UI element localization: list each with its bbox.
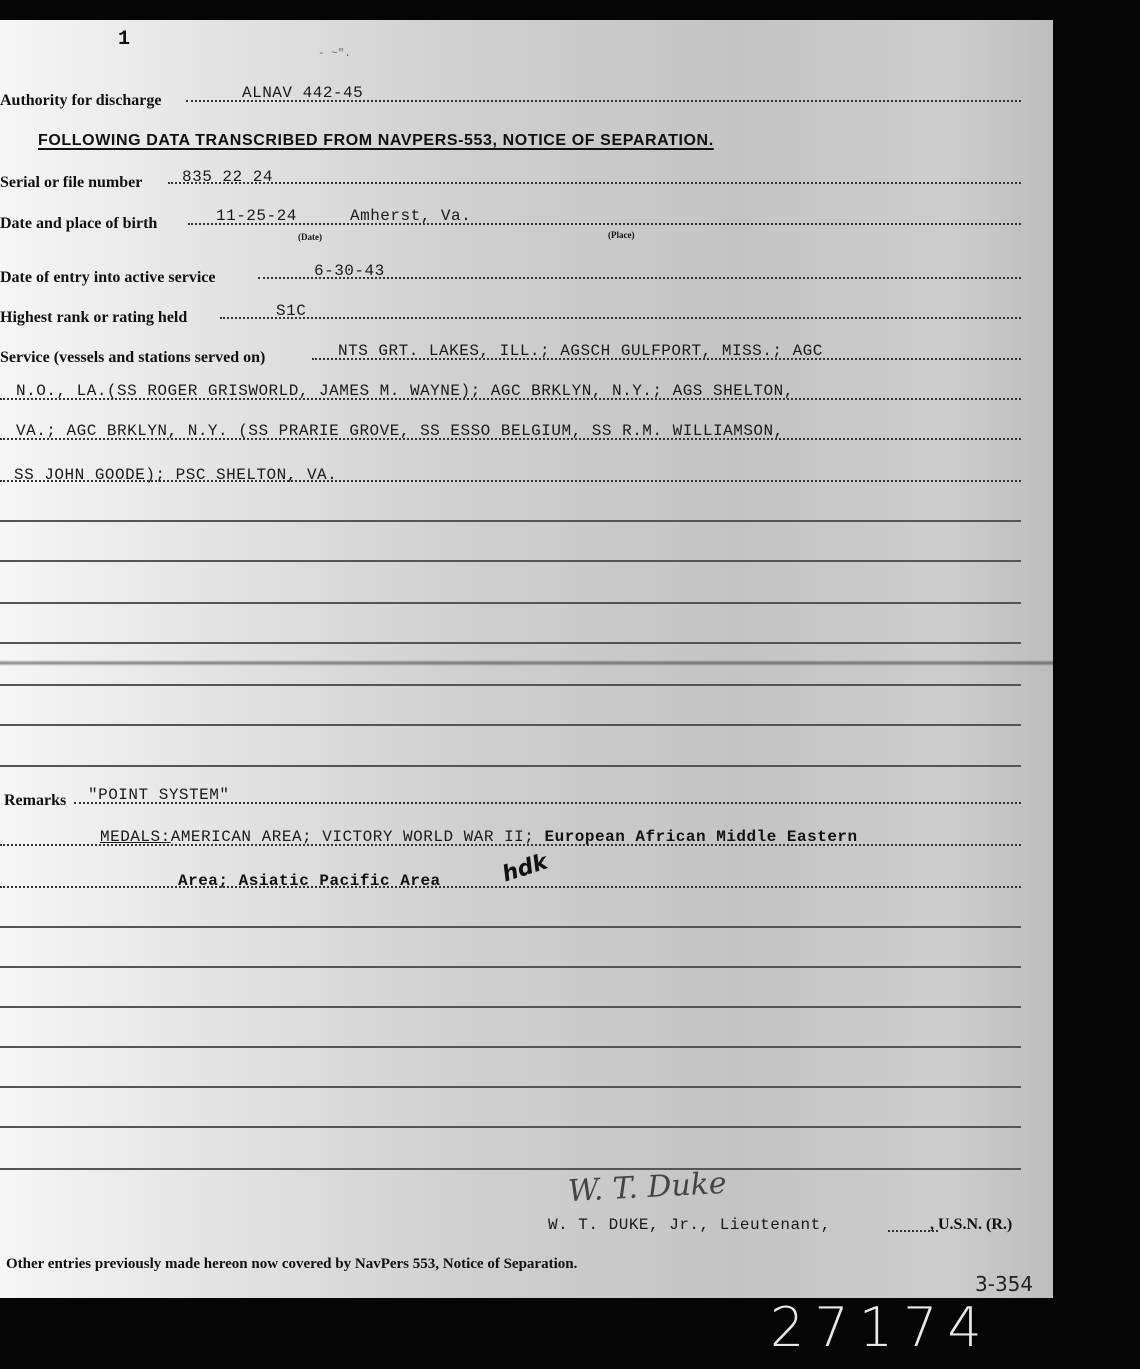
serial-value: 835 22 24	[182, 168, 273, 186]
discharge-document: 1 - ~". Authority for discharge ALNAV 44…	[0, 20, 1053, 1298]
blank-rule	[0, 520, 1021, 522]
page-title: FOLLOWING DATA TRANSCRIBED FROM NAVPERS-…	[38, 132, 714, 150]
remarks-line-3: Area; Asiatic Pacific Area	[178, 872, 441, 890]
authority-value: ALNAV 442-45	[242, 84, 363, 102]
footer-note: Other entries previously made hereon now…	[6, 1256, 577, 1273]
signature-suffix: , U.S.N. (R.)	[930, 1216, 1012, 1234]
remarks-line-1: "POINT SYSTEM"	[88, 786, 229, 804]
rank-label: Highest rank or rating held	[0, 309, 187, 327]
paper-crease	[0, 660, 1053, 666]
blank-rule	[0, 765, 1021, 767]
blank-rule	[0, 1168, 1021, 1170]
service-line-1: NTS GRT. LAKES, ILL.; AGSCH GULFPORT, MI…	[338, 342, 823, 360]
page-number: 1	[118, 28, 130, 51]
file-code: 3-354	[975, 1272, 1033, 1296]
remarks-medals: MEDALS:AMERICAN AREA; VICTORY WORLD WAR …	[100, 828, 858, 846]
blank-rule	[0, 1006, 1021, 1008]
birth-date-caption: (Date)	[298, 232, 322, 242]
blank-rule	[0, 642, 1021, 644]
blank-rule	[0, 1086, 1021, 1088]
serial-rule	[168, 182, 1021, 184]
service-label: Service (vessels and stations served on)	[0, 349, 265, 367]
blank-rule	[0, 602, 1021, 604]
initials: hdk	[499, 849, 551, 887]
blank-rule	[0, 1126, 1021, 1128]
authority-label: Authority for discharge	[0, 92, 161, 110]
entry-value: 6-30-43	[314, 262, 385, 280]
handwritten-signature: W. T. Duke	[567, 1166, 727, 1209]
rank-value: S1C	[276, 302, 306, 320]
birth-place: Amherst, Va.	[350, 207, 471, 225]
film-number: 27174	[770, 1296, 992, 1359]
birth-date: 11-25-24	[216, 207, 297, 225]
blank-rule	[0, 684, 1021, 686]
entry-label: Date of entry into active service	[0, 269, 215, 287]
medals-typed: AMERICAN AREA; VICTORY WORLD WAR II;	[171, 828, 535, 846]
remarks-label: Remarks	[4, 792, 66, 810]
signature-typed: W. T. DUKE, Jr., Lieutenant,	[548, 1216, 831, 1234]
blank-rule	[0, 560, 1021, 562]
medals-bold: European African Middle Eastern	[544, 828, 857, 846]
medals-label: MEDALS:	[100, 828, 171, 846]
rank-rule	[220, 317, 1021, 319]
birth-label: Date and place of birth	[0, 215, 157, 233]
serial-label: Serial or file number	[0, 174, 142, 192]
service-line-3: VA.; AGC BRKLYN, N.Y. (SS PRARIE GROVE, …	[16, 422, 784, 440]
smudge-mark: - ~".	[318, 48, 351, 60]
blank-rule	[0, 926, 1021, 928]
blank-rule	[0, 724, 1021, 726]
blank-rule	[0, 1046, 1021, 1048]
birth-place-caption: (Place)	[608, 230, 634, 240]
blank-rule	[0, 966, 1021, 968]
birth-rule	[188, 223, 1021, 225]
service-line-4: SS JOHN GOODE); PSC SHELTON, VA.	[14, 466, 337, 484]
service-line-2: N.O., LA.(SS ROGER GRISWORLD, JAMES M. W…	[16, 382, 794, 400]
